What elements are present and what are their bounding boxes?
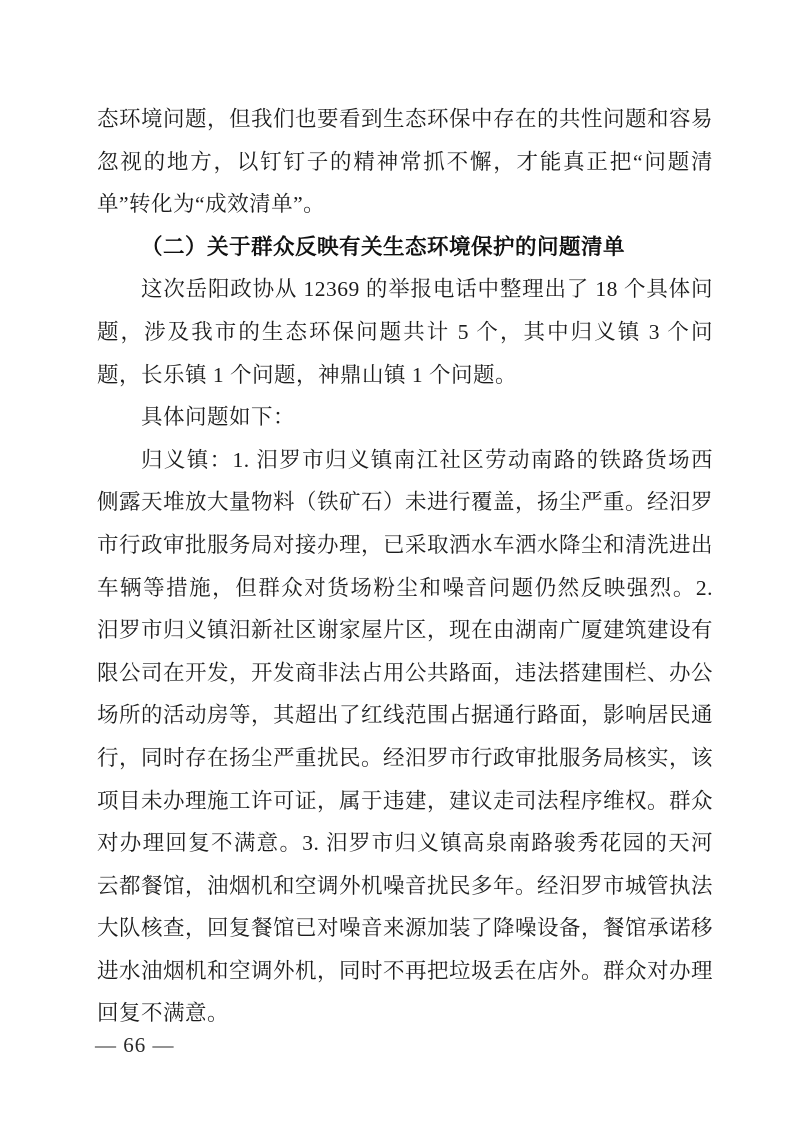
body-paragraph-lead-in: 具体问题如下： — [97, 396, 713, 439]
page-number: — 66 — — [95, 1033, 175, 1057]
page-content: 态环境问题，但我们也要看到生态环保中存在的共性问题和容易忽视的地方，以钉钉子的精… — [97, 98, 713, 1035]
body-paragraph-overview: 这次岳阳政协从 12369 的举报电话中整理出了 18 个具体问题，涉及我市的生… — [97, 268, 713, 396]
section-heading: （二）关于群众反映有关生态环境保护的问题清单 — [97, 226, 713, 269]
body-paragraph-issues-list: 归义镇：1. 汨罗市归义镇南江社区劳动南路的铁路货场西侧露天堆放大量物料（铁矿石… — [97, 439, 713, 1035]
body-paragraph-continuation: 态环境问题，但我们也要看到生态环保中存在的共性问题和容易忽视的地方，以钉钉子的精… — [97, 98, 713, 226]
page-footer: — 66 — — [95, 1031, 175, 1059]
document-page: 态环境问题，但我们也要看到生态环保中存在的共性问题和容易忽视的地方，以钉钉子的精… — [0, 0, 793, 1122]
